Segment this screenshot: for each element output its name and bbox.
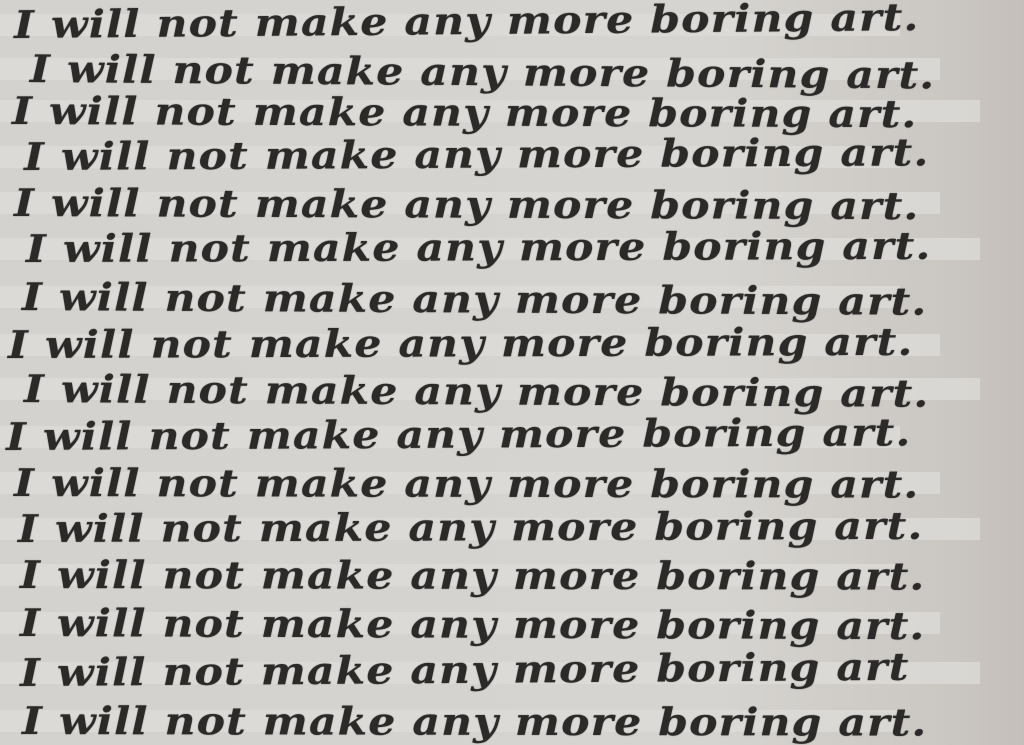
handwritten-line: I will not make any more boring art <box>20 644 910 695</box>
handwritten-line: I will not make any more boring art. <box>14 180 919 228</box>
handwritten-line: I will not make any more boring art. <box>20 552 925 599</box>
handwritten-line: I will not make any more boring art. <box>22 274 928 324</box>
handwritten-line: I will not make any more boring art. <box>14 0 920 47</box>
handwritten-line: I will not make any more boring art. <box>20 600 925 648</box>
paper-sheet: I will not make any more boring art. I w… <box>0 0 1024 745</box>
handwritten-line: I will not make any more boring art. <box>14 460 919 507</box>
handwritten-line: I will not make any more boring art. <box>26 223 931 271</box>
handwritten-line: I will not make any more boring art. <box>6 409 912 459</box>
handwritten-line: I will not make any more boring art. <box>12 88 917 136</box>
handwritten-line: I will not make any more boring art. <box>22 698 927 745</box>
handwritten-line: I will not make any more boring art. <box>24 129 930 179</box>
handwritten-line: I will not make any more boring art. <box>8 319 913 367</box>
handwritten-line: I will not make any more boring art. <box>18 503 923 551</box>
handwritten-line: I will not make any more boring art. <box>24 366 930 416</box>
